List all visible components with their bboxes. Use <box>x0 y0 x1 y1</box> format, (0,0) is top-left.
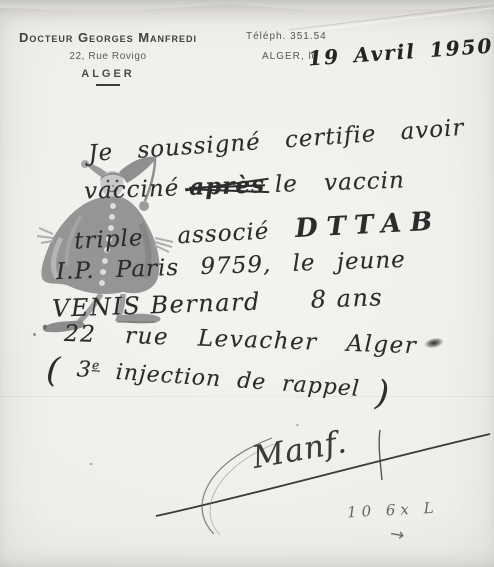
signature-descender <box>379 430 382 480</box>
close-paren: ) <box>374 373 391 414</box>
word-vaccine: vacciné <box>84 175 180 204</box>
line2-rest: le vaccin <box>274 167 405 198</box>
word-associe: associé <box>177 218 270 249</box>
patient-name: VENIS Bernard <box>52 288 262 323</box>
jester-pompom-left <box>81 160 89 168</box>
jester-left-hand <box>37 228 53 243</box>
open-paren: ( <box>45 350 62 391</box>
paper-top-edge <box>0 0 494 14</box>
word-triple: triple <box>74 225 145 255</box>
ordinal-superscript: e <box>92 358 101 373</box>
letterhead-block: Docteur Georges Manfredi 22, Rue Rovigo … <box>16 30 200 86</box>
handwritten-line-1: Je soussigné certifie avoir <box>88 115 466 167</box>
city-label: ALGER <box>16 68 200 80</box>
address-line: 22, Rue Rovigo <box>16 51 200 62</box>
scanned-letter-page: Docteur Georges Manfredi 22, Rue Rovigo … <box>0 0 494 567</box>
handwritten-date: 19 Avril 1950 <box>307 34 494 71</box>
patient-age: 8 ans <box>310 283 383 314</box>
struck-out-word: après <box>189 171 266 201</box>
handwritten-line-7: ( 3e injection de rappel ) <box>45 350 391 414</box>
injection-text: injection de rappel <box>115 360 361 402</box>
vaccine-code: DTTAB <box>294 206 441 244</box>
ink-blot <box>423 336 445 350</box>
jester-shoe-toe <box>43 325 47 329</box>
doctor-name: Docteur Georges Manfredi <box>16 30 200 45</box>
city-underline <box>96 84 120 86</box>
phone-label: Téléph. 351.54 <box>246 31 327 42</box>
injection-number: 3 <box>76 357 93 383</box>
handwritten-line-6: 22 rue Levacher Alger <box>64 321 418 359</box>
paper-speck <box>90 463 92 465</box>
pencil-arrow-icon: → <box>388 524 406 546</box>
